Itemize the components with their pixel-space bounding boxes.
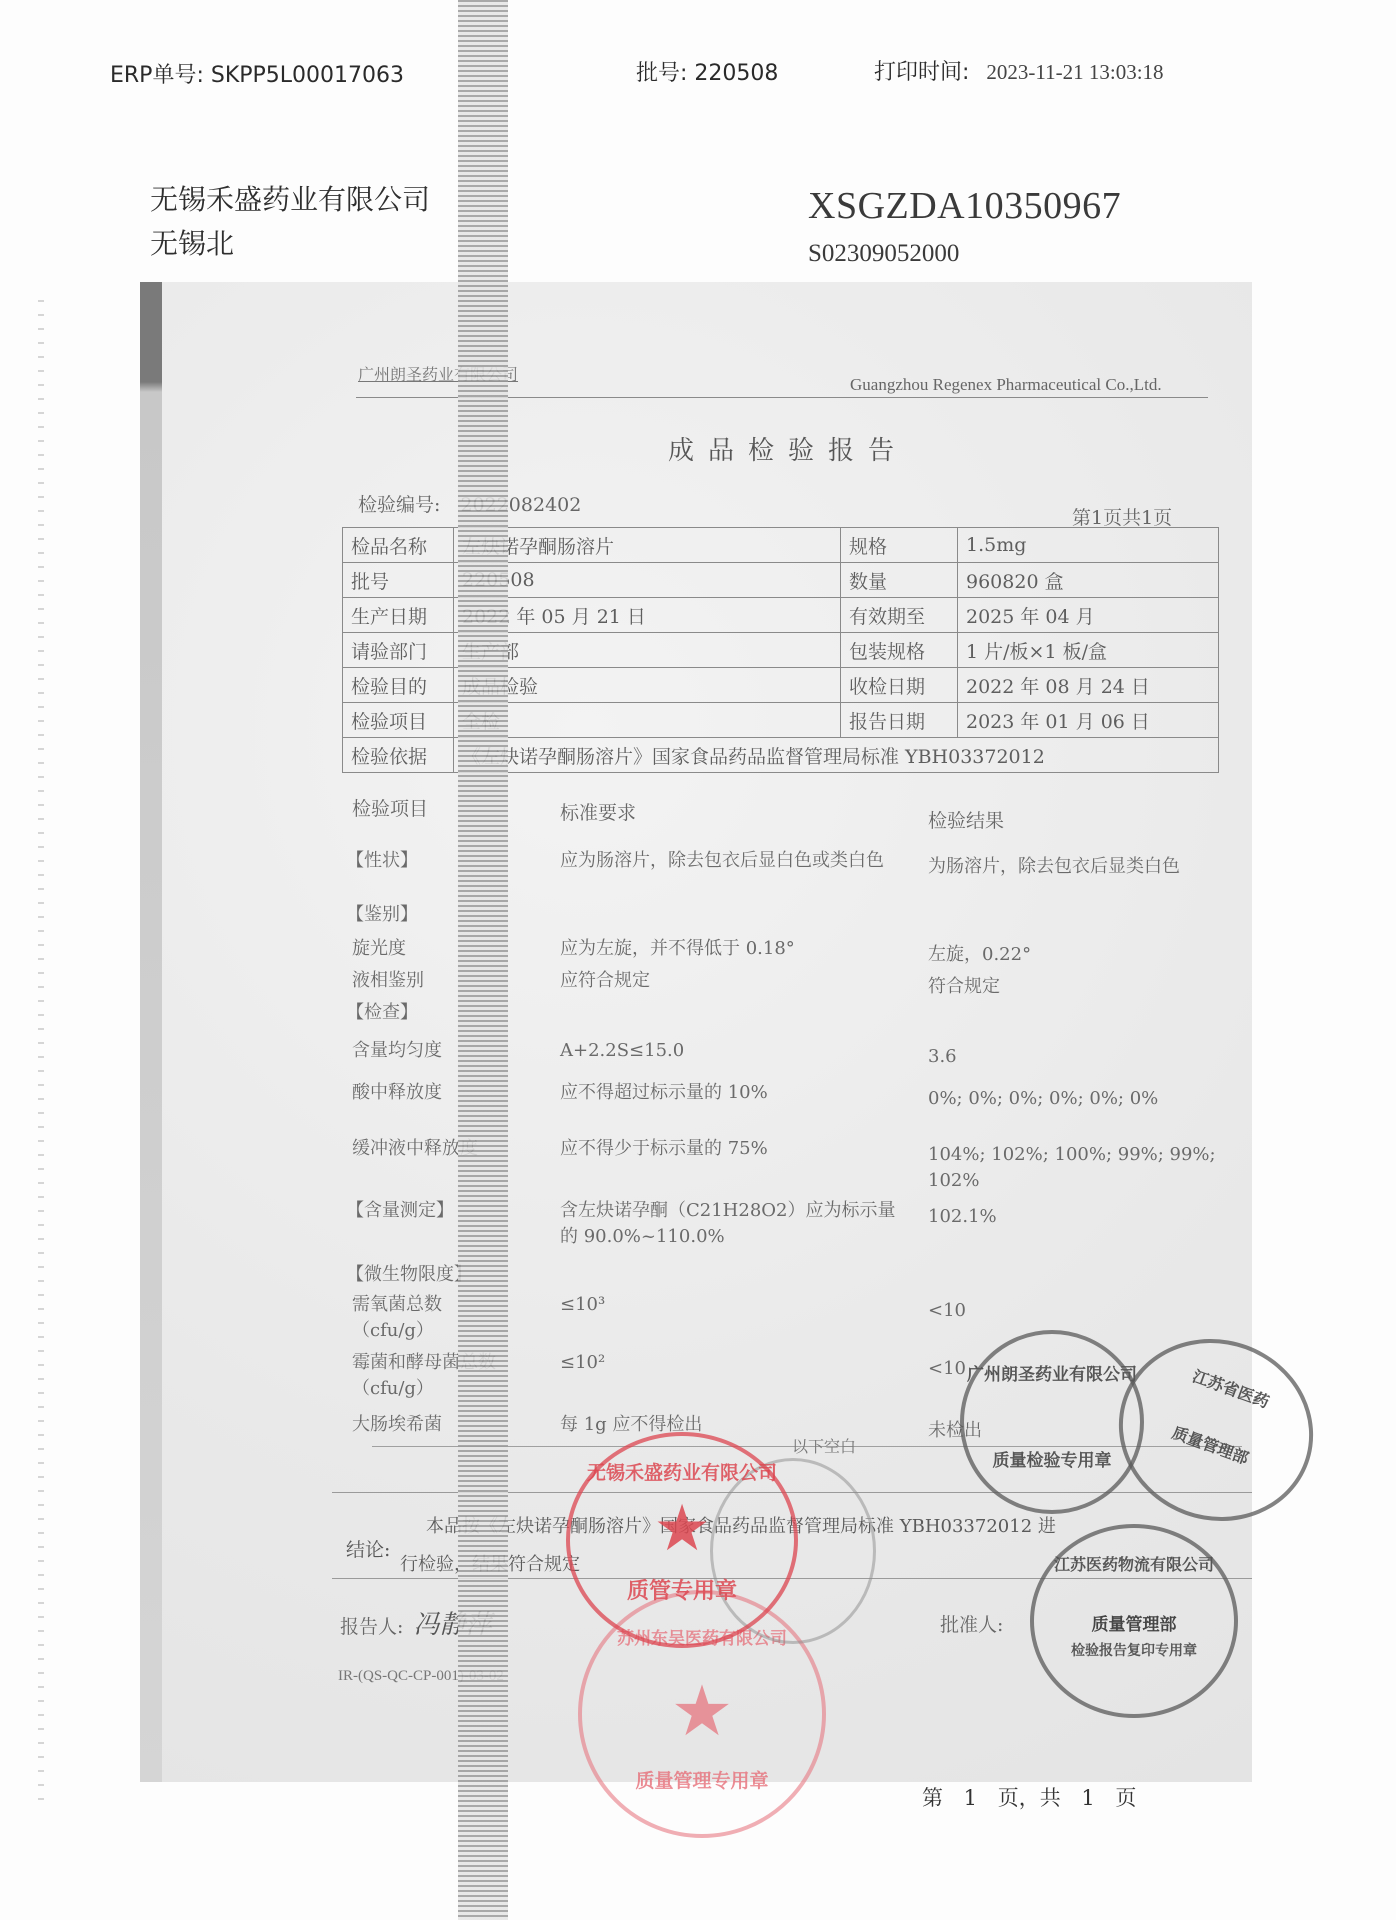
print-time-label: 打印时间:: [874, 60, 969, 85]
stamp-center-text: 质量管理专用章: [582, 1766, 822, 1793]
erp-label: ERP单号:: [110, 63, 204, 88]
test-result: 3.6: [928, 1044, 1218, 1070]
report-page-info: 第1页共1页: [1072, 503, 1172, 530]
stamp-top-text: 无锡禾盛药业有限公司: [570, 1458, 794, 1485]
test-standard: 含左炔诺孕酮（C21H28O2）应为标示量的 90.0%~110.0%: [560, 1198, 900, 1250]
test-standard: 应不得超过标示量的 10%: [560, 1080, 900, 1106]
print-time-value: 2023-11-21 13:03:18: [986, 60, 1163, 84]
conclusion-label: 结论:: [346, 1535, 390, 1562]
scan-noise: [38, 300, 44, 1800]
info-value: 全检: [454, 703, 841, 738]
info-value: 2022 年 05 月 21 日: [454, 598, 841, 633]
sub-code: S02309052000: [808, 240, 959, 268]
print-time: 打印时间: 2023-11-21 13:03:18: [874, 55, 1164, 86]
test-result: 0%; 0%; 0%; 0%; 0%; 0%: [928, 1086, 1218, 1112]
test-standard: 应为左旋，并不得低于 0.18°: [560, 936, 900, 962]
test-standard: 应符合规定: [560, 968, 900, 994]
test-result: 符合规定: [928, 974, 1218, 1000]
info-key: 检验目的: [343, 668, 454, 703]
test-standard: ≤10²: [560, 1350, 900, 1376]
info-value: 2023 年 01 月 06 日: [958, 703, 1219, 738]
star-icon: ★: [671, 1670, 734, 1752]
info-value: 1.5mg: [958, 528, 1219, 563]
info-value: 960820 盒: [958, 563, 1219, 598]
info-value: 220508: [454, 563, 841, 598]
wuxi-hesheng-stamp: 无锡禾盛药业有限公司 ★ 质管专用章: [566, 1432, 798, 1648]
reporter-label: 报告人:: [340, 1616, 403, 1638]
blank-note: 以下空白: [792, 1434, 856, 1457]
col-header-result: 检验结果: [928, 806, 1004, 833]
inspection-no-label: 检验编号:: [358, 494, 440, 516]
page-footer: 第 1 页，共 1 页: [922, 1782, 1136, 1812]
guangzhou-qc-stamp: 广州朗圣药业有限公司 质量检验专用章: [960, 1330, 1144, 1514]
test-result: 102.1%: [928, 1204, 1218, 1230]
test-result: 左旋，0.22°: [928, 942, 1218, 968]
info-key: 有效期至: [841, 598, 958, 633]
info-key: 生产日期: [343, 598, 454, 633]
test-result: <10: [928, 1298, 1218, 1324]
info-key: 检品名称: [343, 528, 454, 563]
stamp-top-text: 广州朗圣药业有限公司: [964, 1360, 1140, 1385]
test-result: 104%; 102%; 100%; 99%; 99%; 102%: [928, 1142, 1218, 1194]
info-key: 报告日期: [841, 703, 958, 738]
stamp-center-text: 质量检验专用章: [964, 1446, 1140, 1471]
batch-value: 220508: [694, 61, 778, 86]
star-icon: ★: [653, 1492, 710, 1566]
test-standard: 应不得少于标示量的 75%: [560, 1136, 900, 1162]
test-standard: A+2.2S≤15.0: [560, 1038, 900, 1064]
scanner-feed-line: [458, 0, 508, 1920]
approver-label: 批准人:: [940, 1610, 1003, 1637]
batch-label: 批号:: [636, 61, 687, 86]
info-key: 请验部门: [343, 633, 454, 668]
info-key: 批号: [343, 563, 454, 598]
erp-value: SKPP5L00017063: [211, 63, 404, 88]
jiangsu-logistics-stamp: 江苏医药物流有限公司 质量管理部 检验报告复印专用章: [1030, 1524, 1238, 1718]
scan-edge: [140, 282, 162, 1782]
info-value: 2022 年 08 月 24 日: [958, 668, 1219, 703]
info-key: 规格: [841, 528, 958, 563]
info-value: 左炔诺孕酮肠溶片: [454, 528, 841, 563]
test-standard: ≤10³: [560, 1292, 900, 1318]
stamp-center-text: 质量管理部: [1034, 1610, 1234, 1635]
test-result: 为肠溶片，除去包衣后显类白色: [928, 854, 1218, 880]
test-standard: 应为肠溶片，除去包衣后显白色或类白色: [560, 848, 900, 874]
col-header-standard: 标准要求: [560, 798, 636, 825]
customer-company: 无锡禾盛药业有限公司: [150, 178, 430, 218]
info-key: 收检日期: [841, 668, 958, 703]
info-value: 成品检验: [454, 668, 841, 703]
report-title: 成品检验报告: [668, 430, 908, 467]
col-header-item: 检验项目: [352, 794, 428, 821]
stamp-bottom-text: 检验报告复印专用章: [1034, 1640, 1234, 1660]
info-value: 2025 年 04 月: [958, 598, 1219, 633]
customer-branch: 无锡北: [150, 222, 234, 262]
info-key: 包装规格: [841, 633, 958, 668]
erp-number: ERP单号: SKPP5L00017063: [110, 58, 404, 89]
stamp-top-text: 江苏医药物流有限公司: [1034, 1552, 1234, 1575]
report-company-en: Guangzhou Regenex Pharmaceutical Co.,Ltd…: [850, 375, 1162, 395]
info-value: 1 片/板×1 板/盒: [958, 633, 1219, 668]
info-key: 数量: [841, 563, 958, 598]
basis-value: 《左炔诺孕酮肠溶片》国家食品药品监督管理局标准 YBH03372012: [454, 738, 1219, 773]
info-value: 生产部: [454, 633, 841, 668]
info-key: 检验项目: [343, 703, 454, 738]
basis-label: 检验依据: [343, 738, 454, 773]
order-code: XSGZDA10350967: [808, 184, 1121, 228]
stamp-center-text: 质管专用章: [570, 1574, 794, 1605]
batch-number: 批号: 220508: [636, 56, 778, 87]
